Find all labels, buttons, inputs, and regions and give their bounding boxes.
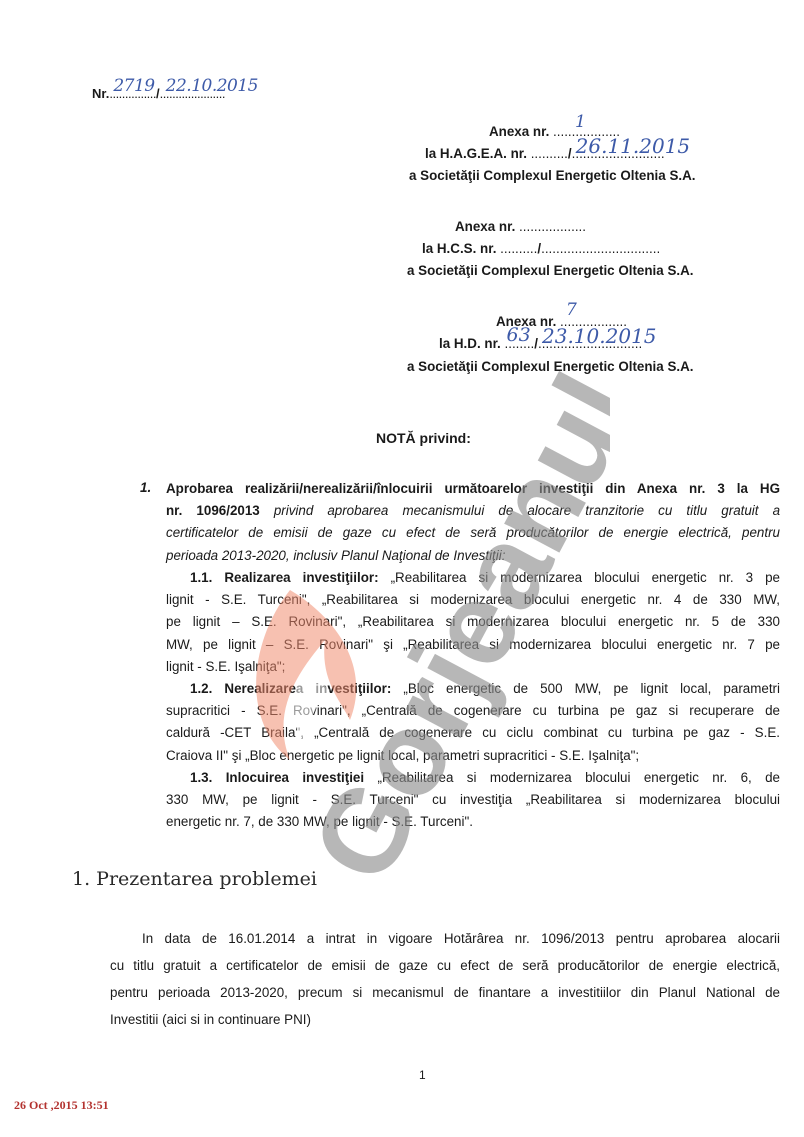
item-1-paragraph: Aprobarea realizării/nerealizării/înlocu… (166, 478, 780, 567)
annex-3-hd: la H.D. nr. ........63/.................… (439, 336, 642, 351)
handwritten-annex-number: 7 (566, 300, 577, 320)
annex-1-hagea: la H.A.G.E.A. nr. ........../...........… (425, 146, 665, 161)
annex-3-company: a Societăţii Complexul Energetic Oltenia… (407, 359, 694, 374)
sub-item-1-2: 1.2. Nerealizarea investiţiilor: „Bloc e… (166, 678, 780, 767)
registration-number: Nr................2719/.................… (92, 86, 225, 101)
handwritten-hagea-date: 26.11.2015 (576, 134, 691, 158)
item-number: 1. (140, 480, 151, 495)
handwritten-hd-date: 23.10.2015 (542, 324, 657, 348)
handwritten-registration-date: 22.10.2015 (166, 76, 258, 96)
handwritten-hd-number: 63 (507, 324, 531, 346)
sub-item-label: 1.2. Nerealizarea investiţiilor: (190, 681, 391, 696)
nr-date-dots: .....................22.10.2015 (160, 86, 225, 101)
annex-1-company: a Societăţii Complexul Energetic Oltenia… (409, 168, 696, 183)
handwritten-annex-number: 1 (575, 112, 586, 132)
section-1-paragraph: In data de 16.01.2014 a intrat in vigoar… (110, 925, 780, 1033)
nr-dots: ...............2719 (109, 86, 156, 101)
page-number: 1 (419, 1068, 426, 1082)
handwritten-registration-number: 2719 (113, 76, 154, 96)
sub-item-1-1: 1.1. Realizarea investiţiilor: „Reabilit… (166, 567, 780, 678)
annex-2-number: Anexa nr. .................. (455, 219, 586, 234)
annex-2-company: a Societăţii Complexul Energetic Oltenia… (407, 263, 694, 278)
document-page: Nr................2719/.................… (0, 0, 804, 1137)
nr-label: Nr. (92, 86, 109, 101)
sub-item-label: 1.1. Realizarea investiţiilor: (190, 570, 379, 585)
sub-item-1-3: 1.3. Inlocuirea investiţiei „Reabilitare… (166, 767, 780, 834)
sub-item-label: 1.3. Inlocuirea investiţiei (190, 770, 364, 785)
annex-2-hcs: la H.C.S. nr. ........../...............… (422, 241, 660, 256)
section-heading: 1. Prezentarea problemei (72, 868, 317, 890)
note-title: NOTĂ privind: (376, 430, 471, 446)
fax-timestamp: 26 Oct ,2015 13:51 (14, 1098, 109, 1113)
